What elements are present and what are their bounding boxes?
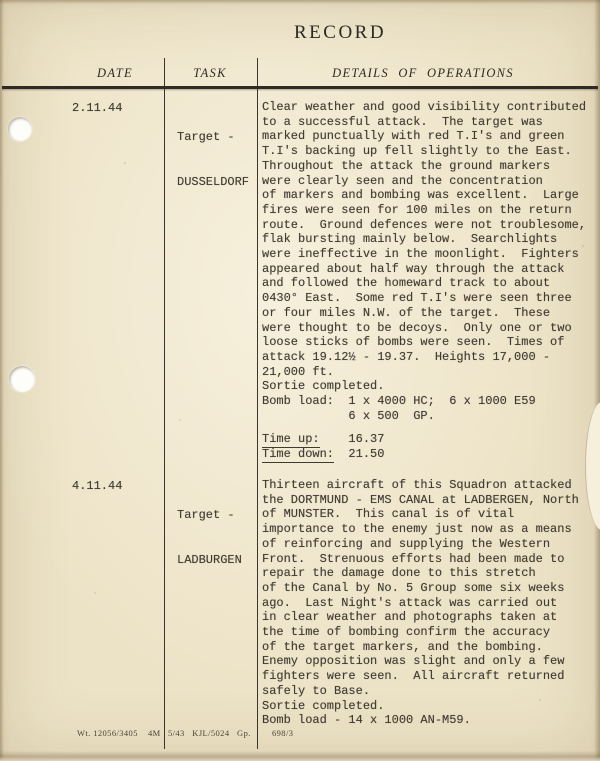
punch-hole-top: [8, 117, 32, 141]
paper-edge-left: [0, 0, 4, 761]
details-line: repair the damage done to this stretch: [262, 566, 597, 581]
details-line: of the target markers, and the bombing.: [262, 640, 597, 655]
details-line: of reinforcing and supplying the Western: [262, 537, 597, 552]
details-line: ago. Last Night's attack was carried out: [262, 596, 597, 611]
entry-task: Target - DUSSELDORF: [177, 101, 249, 219]
time-down-row: Time down: 21.50: [262, 447, 597, 462]
details-line: of MUNSTER. This canal is of vital: [262, 507, 597, 522]
details-line: of markers and bombing was excellent. La…: [262, 188, 597, 203]
time-down-row-value: 21.50: [348, 447, 384, 461]
details-line: were ineffective in the moonlight. Fight…: [262, 247, 597, 262]
details-line: were clearly seen and the concentration: [262, 174, 597, 189]
details-line: and followed the homeward track to about: [262, 276, 597, 291]
time-up-row-value: 16.37: [348, 432, 384, 446]
details-line: importance to the enemy just now as a me…: [262, 522, 597, 537]
header-rule: [2, 86, 598, 89]
details-line: Thirteen aircraft of this Squadron attac…: [262, 478, 597, 493]
paper-edge-top: [0, 0, 600, 4]
entry-date: 4.11.44: [72, 479, 122, 494]
punch-hole-bottom: [9, 366, 35, 392]
column-divider-task-details: [257, 58, 259, 749]
details-line: T.I's backing up fell slightly to the Ea…: [262, 144, 597, 159]
column-header-details: DETAILS OF OPERATIONS: [273, 66, 573, 81]
details-line: of the Canal by No. 5 Group some six wee…: [262, 581, 597, 596]
details-line: fires were seen for 100 miles on the ret…: [262, 203, 597, 218]
details-line: or four miles N.W. of the target. These: [262, 306, 597, 321]
footer-print-code: Wt. 12056/3405 4M: [77, 728, 161, 738]
details-line: appeared about half way through the atta…: [262, 262, 597, 277]
column-header-task: TASK: [165, 66, 255, 81]
page-title: RECORD: [294, 22, 384, 44]
time-down-row-label: Time down:: [262, 447, 334, 463]
footer-form-code: 698/3: [272, 728, 293, 738]
details-line: Bomb load - 14 x 1000 AN-M59.: [262, 713, 597, 728]
details-line: Enemy opposition was slight and only a f…: [262, 654, 597, 669]
details-line: loose sticks of bombs were seen. Times o…: [262, 335, 597, 350]
time-up-row-label: Time up:: [262, 432, 320, 448]
details-line: 6 x 500 GP.: [262, 409, 597, 424]
entry-task-line: Target -: [177, 130, 249, 145]
details-line: were thought to be decoys. Only one or t…: [262, 321, 597, 336]
time-up-row: Time up: 16.37: [262, 432, 597, 447]
details-line: 0430° East. Some red T.I's were seen thr…: [262, 291, 597, 306]
details-line: route. Ground defences were not troubles…: [262, 218, 597, 233]
details-line: to a successful attack. The target was: [262, 115, 597, 130]
details-line: attack 19.12½ - 19.37. Heights 17,000 -: [262, 350, 597, 365]
footer-batch-code: 5/43 KJL/5024 Gp.: [168, 728, 251, 738]
paper-edge-bottom: [0, 751, 600, 761]
details-line: Clear weather and good visibility contri…: [262, 100, 597, 115]
details-line: fighters were seen. All aircraft returne…: [262, 669, 597, 684]
entry-date: 2.11.44: [72, 101, 122, 116]
entry-details: Clear weather and good visibility contri…: [262, 100, 597, 462]
entry-details: Thirteen aircraft of this Squadron attac…: [262, 478, 597, 728]
entry-task-line: Target -: [177, 508, 242, 523]
details-line: flak bursting mainly below. Searchlights: [262, 232, 597, 247]
entry-task-target: LADBURGEN: [177, 553, 242, 568]
entry-task-target: DUSSELDORF: [177, 175, 249, 190]
details-line: the time of bombing confirm the accuracy: [262, 625, 597, 640]
column-header-date: DATE: [65, 66, 165, 81]
details-line: in clear weather and photographs taken a…: [262, 610, 597, 625]
record-page: RECORD DATE TASK DETAILS OF OPERATIONS 2…: [0, 0, 600, 761]
entry-task: Target - LADBURGEN: [177, 479, 242, 597]
column-divider-date-task: [164, 58, 166, 749]
details-line: 21,000 ft.: [262, 365, 597, 380]
details-line: Sortie completed.: [262, 699, 597, 714]
details-line: Bomb load: 1 x 4000 HC; 6 x 1000 E59: [262, 394, 597, 409]
details-line: safely to Base.: [262, 684, 597, 699]
details-line: Sortie completed.: [262, 379, 597, 394]
details-line: the DORTMUND - EMS CANAL at LADBERGEN, N…: [262, 493, 597, 508]
details-line: Throughout the attack the ground markers: [262, 159, 597, 174]
details-line: marked punctually with red T.I's and gre…: [262, 129, 597, 144]
details-line: Front. Strenuous efforts had been made t…: [262, 552, 597, 567]
